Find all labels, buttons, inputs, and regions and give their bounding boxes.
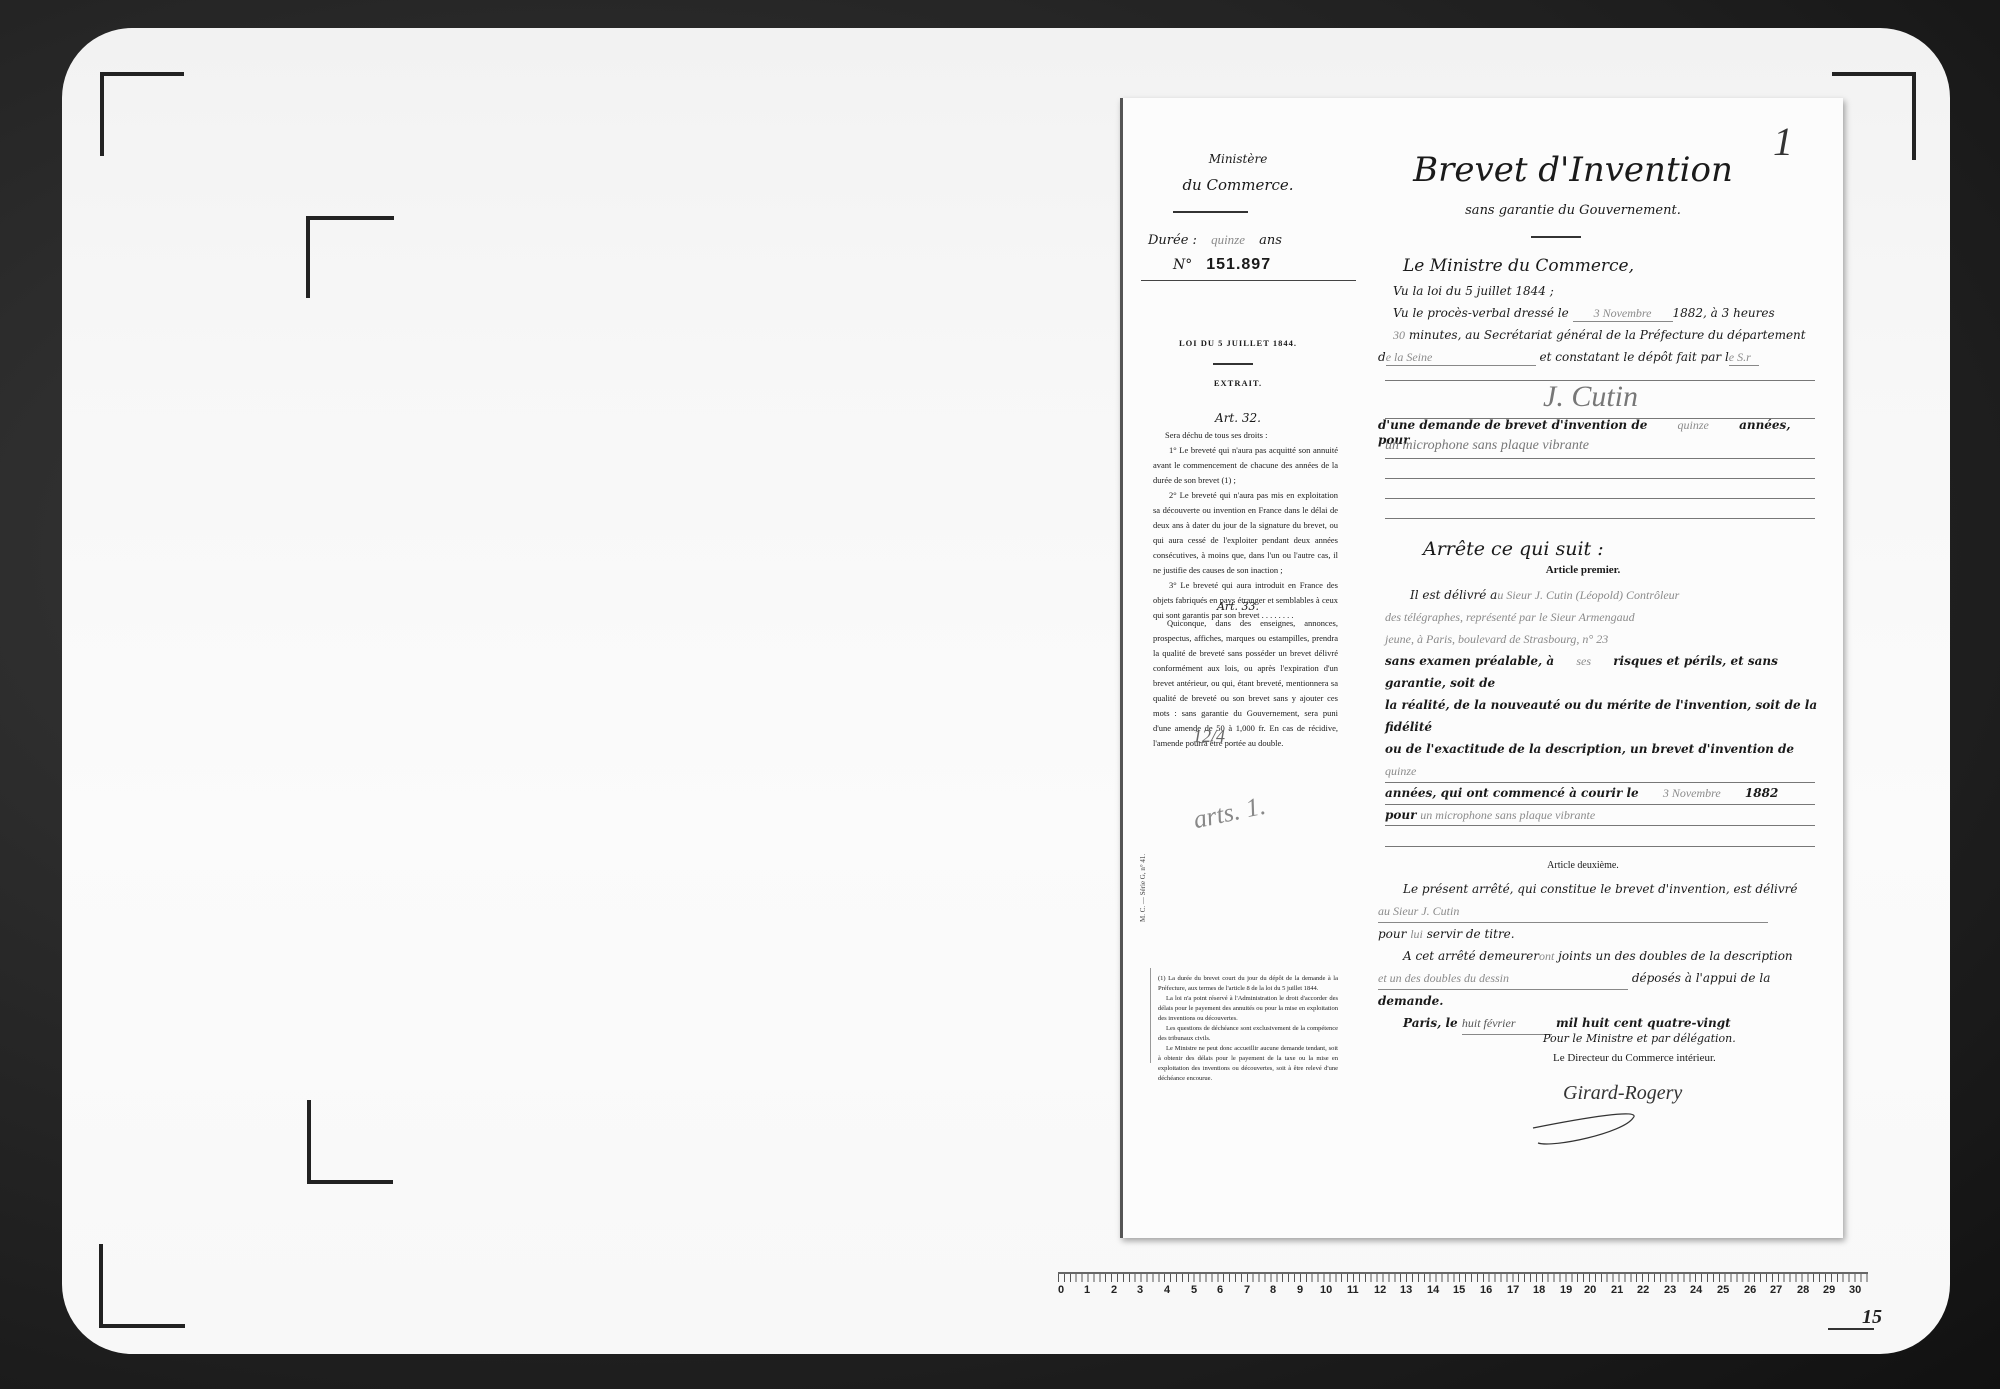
crop-mark-inner-top-left [306, 216, 394, 298]
ruler-tick-label: 20 [1584, 1284, 1596, 1296]
crop-mark-outer-top-right [1832, 72, 1916, 160]
art2-annex-prefix: A cet arrêté demeurer [1403, 949, 1539, 963]
ruler-tick-label: 14 [1427, 1284, 1439, 1296]
art33-heading: Art. 33. [1123, 600, 1353, 613]
invention-line-2 [1385, 478, 1815, 479]
ruler-tick-label: 24 [1690, 1284, 1702, 1296]
document-title: Brevet d'Invention [1363, 150, 1783, 190]
frame-number-underline [1828, 1328, 1874, 1330]
art32-paragraph-2: 2° Le breveté qui n'aura pas mis en expl… [1153, 488, 1338, 578]
art1-risk-value: ses [1576, 654, 1591, 668]
pv-hour: , à 3 heures [1703, 306, 1775, 320]
art32-text: Sera déchu de tous ses droits : 1° Le br… [1153, 428, 1338, 623]
art1-invention: un microphone sans plaque vibrante [1420, 808, 1595, 822]
art1-prefix: Il est délivré a [1410, 588, 1497, 602]
art1-line-blank-1 [1385, 782, 1815, 783]
extract-label: EXTRAIT. [1123, 378, 1353, 388]
ministry-line-1: Ministère [1123, 152, 1353, 166]
pv-year: 1882 [1673, 306, 1704, 320]
date-prefix: Paris, le [1403, 1016, 1458, 1030]
line-loi: Vu la loi du 5 juillet 1844 ; [1393, 284, 1554, 298]
pv-date: 3 Novembre [1573, 306, 1673, 322]
art2-line-1: Le présent arrêté, qui constitue le brev… [1378, 878, 1823, 900]
art1-line-4: sans examen préalable, à ses risques et … [1385, 650, 1825, 694]
margin-note-script: arts. 1. [1191, 791, 1269, 836]
invention-line-3 [1385, 498, 1815, 499]
law-heading: LOI DU 5 JUILLET 1844. [1123, 338, 1353, 348]
ruler-tick-label: 9 [1297, 1284, 1303, 1296]
ruler-tick-label: 2 [1111, 1284, 1117, 1296]
ruler-tick-label: 7 [1244, 1284, 1250, 1296]
crop-mark-outer-bottom-left [99, 1244, 185, 1328]
art1-start-date: 3 Novembre [1663, 786, 1721, 800]
ruler-tick-label: 15 [1453, 1284, 1465, 1296]
ruler-tick-label: 23 [1664, 1284, 1676, 1296]
ruler-tick-label: 27 [1770, 1284, 1782, 1296]
ministry-line-2: du Commerce. [1123, 176, 1353, 194]
art2-annex-line2-suffix: déposés à l'appui de la [1632, 971, 1771, 985]
art1-line7-prefix: années, qui ont commencé à courir le [1385, 786, 1639, 800]
ruler-tick-label: 25 [1717, 1284, 1729, 1296]
duree-unit: ans [1259, 233, 1282, 248]
footnote-3: Les questions de déchéance sont exclusiv… [1158, 1024, 1338, 1044]
art1-years: quinze [1385, 764, 1416, 778]
footnotes: (1) La durée du brevet court du jour du … [1158, 974, 1338, 1084]
ruler-tick-label: 17 [1507, 1284, 1519, 1296]
art1-line-3: jeune, à Paris, boulevard de Strasbourg,… [1385, 628, 1825, 650]
art2-demande: demande. [1378, 990, 1823, 1012]
ruler-tick-label: 21 [1611, 1284, 1623, 1296]
number-divider [1141, 280, 1356, 281]
art1-grantee: u Sieur J. Cutin (Léopold) Contrôleur [1497, 588, 1679, 602]
crop-mark-inner-bottom-left [307, 1100, 393, 1184]
invention-line-1 [1385, 458, 1815, 459]
footnote-2: La loi n'a point réservé à l'Administrat… [1158, 994, 1338, 1024]
art1-line-blank-3 [1385, 825, 1815, 826]
art2-grantee: au Sieur J. Cutin [1378, 900, 1768, 923]
ruler-tick-label: 0 [1058, 1284, 1064, 1296]
art2-annex-suffix: joints un des doubles de la description [1558, 949, 1793, 963]
art2-titre: servir de titre. [1427, 927, 1515, 941]
art2-line-4: A cet arrêté demeureront joints un des d… [1378, 945, 1823, 967]
ruler-tick-label: 13 [1400, 1284, 1412, 1296]
art1-pour: pour [1385, 808, 1416, 822]
art1-line-8: pour un microphone sans plaque vibrante [1385, 804, 1825, 826]
date-suffix: mil huit cent quatre-vingt [1556, 1016, 1731, 1030]
pv-prefix: Vu le procès-verbal dressé le [1393, 306, 1569, 320]
applicant-name: J. Cutin [1543, 380, 1638, 414]
footnote-1: (1) La durée du brevet court du jour du … [1158, 974, 1338, 994]
art2-annex-value: ont [1539, 949, 1554, 963]
depot-title: e S.r [1729, 350, 1759, 366]
ruler-tick-label: 18 [1533, 1284, 1545, 1296]
art2-line-2: au Sieur J. Cutin [1378, 900, 1823, 923]
ruler-tick-label: 10 [1320, 1284, 1332, 1296]
ruler-tick-label: 5 [1191, 1284, 1197, 1296]
ruler-tick-label: 8 [1270, 1284, 1276, 1296]
duree-row: Durée : quinze ans [1148, 232, 1348, 248]
art2-pronoun: lui [1410, 927, 1423, 941]
article-2-heading: Article deuxième. [1363, 860, 1803, 871]
line-proces-verbal: Vu le procès-verbal dressé le 3 Novembre… [1393, 306, 1813, 322]
ruler-tick-label: 22 [1637, 1284, 1649, 1296]
left-column-border [1150, 968, 1151, 1063]
art1-line6-prefix: ou de l'exactitude de la description, un… [1385, 742, 1794, 756]
art1-risk-prefix: sans examen préalable, à [1385, 654, 1554, 668]
art32-heading: Art. 32. [1123, 411, 1353, 425]
art1-start-year: 1882 [1745, 786, 1778, 800]
ruler-tick-label: 19 [1560, 1284, 1572, 1296]
art2-line-3: pour lui servir de titre. [1378, 923, 1823, 945]
duree-value: quinze [1211, 232, 1245, 247]
art1-line-blank-2 [1385, 804, 1815, 805]
ruler-tick-label: 6 [1217, 1284, 1223, 1296]
art33-text: Quiconque, dans des enseignes, annonces,… [1153, 616, 1338, 751]
article-2-body: Le présent arrêté, qui constitue le brev… [1378, 878, 1823, 1035]
article-1-body: Il est délivré au Sieur J. Cutin (Léopol… [1385, 584, 1825, 826]
demande-prefix: d'une demande de brevet d'invention de [1378, 418, 1647, 432]
delegation-line: Pour le Ministre et par délégation. [1543, 1032, 1736, 1045]
art1-line-blank-4 [1385, 846, 1815, 847]
title-divider [1531, 236, 1581, 238]
ruler-tick-label: 26 [1744, 1284, 1756, 1296]
ruler-tick-label: 3 [1137, 1284, 1143, 1296]
ruler-labels: 0 1 2 3 4 5 6 7 8 9 10 11 12 13 14 15 16… [1052, 1284, 1882, 1300]
minutes-text: minutes, au Secrétariat général de la Pr… [1409, 328, 1806, 342]
art2-annex-line2-value: et un des doubles du dessin [1378, 967, 1628, 990]
patent-number-row: N° 151.897 [1173, 256, 1353, 274]
art32-intro: Sera déchu de tous ses droits : [1153, 428, 1338, 443]
margin-note-fraction: 12/4 [1193, 726, 1225, 747]
art2-pour: pour [1378, 927, 1406, 941]
invention-title: un microphone sans plaque vibrante [1385, 438, 1589, 454]
demande-years: quinze [1678, 418, 1709, 432]
dept-prefix: d [1378, 350, 1386, 364]
duree-label: Durée : [1148, 233, 1197, 248]
art32-paragraph-1: 1° Le breveté qui n'aura pas acquitté so… [1153, 443, 1338, 488]
series-code: M. C. — Série G, n° 41. [1139, 822, 1147, 922]
ruler-tick-label: 11 [1347, 1284, 1359, 1296]
art1-line-2: des télégraphes, représenté par le Sieur… [1385, 606, 1825, 628]
article-1-heading: Article premier. [1363, 564, 1803, 576]
crop-mark-outer-top-left [100, 72, 184, 156]
ruler-tick-label: 30 [1849, 1284, 1861, 1296]
ruler-tick-label: 28 [1797, 1284, 1809, 1296]
art1-line-5: la réalité, de la nouveauté ou du mérite… [1385, 694, 1825, 738]
ruler-tick-label: 1 [1084, 1284, 1090, 1296]
arrete-heading: Arrête ce qui suit : [1423, 538, 1604, 560]
patent-number: 151.897 [1206, 256, 1271, 273]
frame-number: 15 [1862, 1306, 1882, 1329]
ruler-tick-label: 29 [1823, 1284, 1835, 1296]
invention-line-4 [1385, 518, 1815, 519]
document-subtitle: sans garantie du Gouvernement. [1363, 203, 1783, 218]
art1-line-6: ou de l'exactitude de la description, un… [1385, 738, 1825, 782]
director-line: Le Directeur du Commerce intérieur. [1553, 1052, 1716, 1064]
date-value: huit février [1462, 1012, 1552, 1035]
ruler-tick-label: 4 [1164, 1284, 1170, 1296]
number-label: N° [1173, 257, 1192, 273]
patent-document-page: 1 Ministère du Commerce. Durée : quinze … [1120, 98, 1843, 1238]
line-department: de la Seine et constatant le dépôt fait … [1378, 350, 1818, 366]
signature-flourish [1523, 1098, 1723, 1158]
law-divider [1213, 363, 1253, 365]
footnote-4: Le Ministre ne peut donc accueillir aucu… [1158, 1044, 1338, 1084]
depot-text: et constatant le dépôt fait par l [1540, 350, 1729, 364]
art2-line-5: et un des doubles du dessin déposés à l'… [1378, 967, 1823, 990]
ministry-divider [1173, 211, 1248, 213]
ruler-tick-label: 12 [1374, 1284, 1386, 1296]
dept-value: e la Seine [1386, 350, 1536, 366]
art1-line-7: années, qui ont commencé à courir le 3 N… [1385, 782, 1825, 804]
art1-line-1: Il est délivré au Sieur J. Cutin (Léopol… [1385, 584, 1825, 606]
pv-minutes: 30 [1393, 328, 1405, 342]
line-minutes: 30 minutes, au Secrétariat général de la… [1393, 328, 1823, 343]
minister-heading: Le Ministre du Commerce, [1403, 256, 1634, 276]
ruler-tick-label: 16 [1480, 1284, 1492, 1296]
